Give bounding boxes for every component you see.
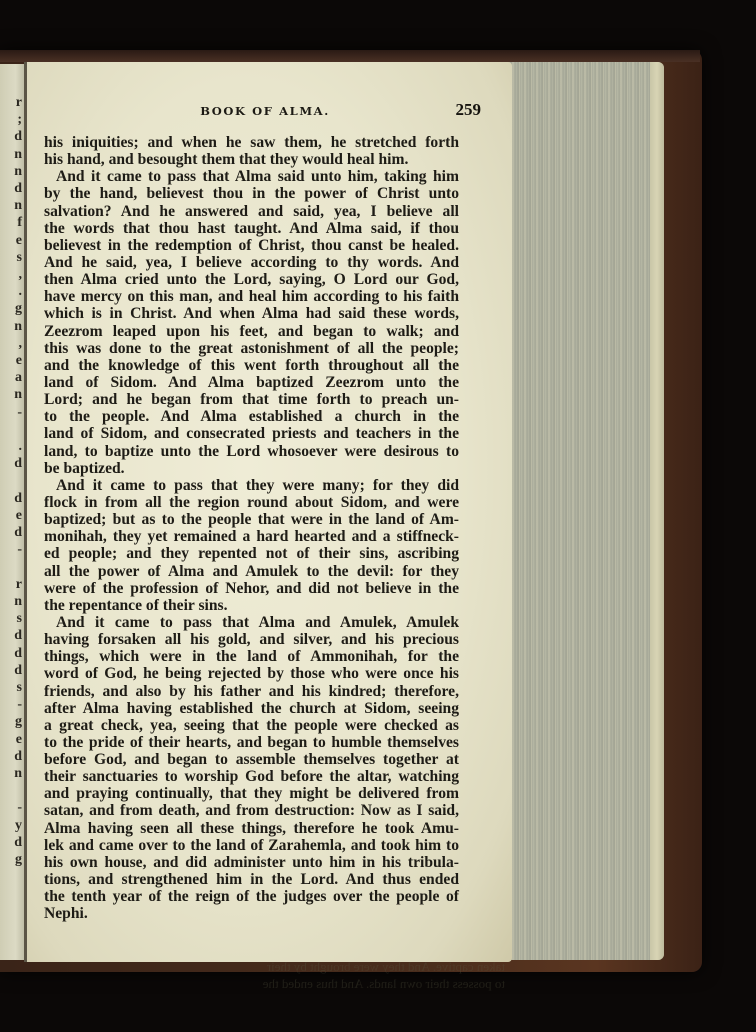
- text-line: ed people; and they repented not of thei…: [44, 545, 459, 562]
- paragraph: And it came to pass that Alma said unto …: [44, 168, 459, 477]
- running-title: BOOK OF ALMA.: [45, 104, 485, 118]
- page-edges-stack: [508, 62, 664, 960]
- paragraph: And it came to pass that they were many;…: [44, 477, 459, 614]
- page-number: 259: [456, 100, 482, 120]
- text-line: believest in the redemption of Christ, t…: [44, 237, 459, 254]
- text-line: which is in Christ. And when Alma had sa…: [44, 305, 459, 322]
- text-line: Nephi.: [44, 905, 459, 922]
- text-line: their sanctuaries to worship God before …: [44, 768, 459, 785]
- text-line: after Alma having established the church…: [44, 700, 459, 717]
- text-line: his hand, and besought them that they wo…: [44, 151, 459, 168]
- text-line: land, to baptize unto the Lord whosoever…: [44, 443, 459, 460]
- paragraph: his iniquities; and when he saw them, he…: [44, 134, 459, 168]
- text-line: by the hand, believest thou in the power…: [44, 185, 459, 202]
- text-line: to the pride of their hearts, and began …: [44, 734, 459, 751]
- text-line: Lord; and he began from that time forth …: [44, 391, 459, 408]
- text-line: to the people. And Alma established a ch…: [44, 408, 459, 425]
- text-line: And it came to pass that Alma said unto …: [44, 168, 459, 185]
- text-line: a great check, yea, seeing that the peop…: [44, 717, 459, 734]
- text-line: then Alma cried unto the Lord, saying, O…: [44, 271, 459, 288]
- text-line: things, which were in the land of Ammoni…: [44, 648, 459, 665]
- text-line: land of Sidom. And Alma baptized Zeezrom…: [44, 374, 459, 391]
- text-line: And he said, yea, I believe according to…: [44, 254, 459, 271]
- text-line: flock in from all the region round about…: [44, 494, 459, 511]
- book-page: BOOK OF ALMA. 259 his iniquities; and wh…: [27, 62, 512, 962]
- cover-top-edge: [0, 50, 700, 62]
- show-through-line: to possess their own lands. And thus end…: [263, 976, 505, 991]
- text-line: the words that thou hast taught. And Alm…: [44, 220, 459, 237]
- text-line: were of the profession of Nehor, and did…: [44, 580, 459, 597]
- show-through-line: taken captive. And they were brought by …: [267, 959, 505, 974]
- text-line: satan, and from death, and from destruct…: [44, 802, 459, 819]
- running-head: BOOK OF ALMA. 259: [45, 100, 485, 122]
- text-line: the repentance of their sins.: [44, 597, 459, 614]
- text-line: have mercy on this man, and heal him acc…: [44, 288, 459, 305]
- text-line: salvation? And he answered and said, yea…: [44, 203, 459, 220]
- text-line: lek and came over to the land of Zarahem…: [44, 837, 459, 854]
- text-line: Zeezrom leaped upon his feet, and began …: [44, 323, 459, 340]
- text-line: his iniquities; and when he saw them, he…: [44, 134, 459, 151]
- show-through-text: taken captive. And they were brought by …: [205, 958, 505, 992]
- text-line: this was done to the great astonishment …: [44, 340, 459, 357]
- previous-page-edge: r ; d n n d n f e s , . g n , e a n - . …: [0, 64, 26, 960]
- text-line: land of Sidom, and consecrated priests a…: [44, 425, 459, 442]
- text-line: word of God, he being rejected by those …: [44, 665, 459, 682]
- previous-page-letters: r ; d n n d n f e s , . g n , e a n - . …: [8, 94, 22, 868]
- text-line: And it came to pass that they were many;…: [44, 477, 459, 494]
- text-line: and praying continually, that they might…: [44, 785, 459, 802]
- text-line: be baptized.: [44, 460, 459, 477]
- text-line: and the knowledge of this went forth thr…: [44, 357, 459, 374]
- text-line: friends, and also by his father and his …: [44, 683, 459, 700]
- text-line: And it came to pass that Alma and Amulek…: [44, 614, 459, 631]
- text-line: having forsaken all his gold, and silver…: [44, 631, 459, 648]
- text-line: tions, and strengthened him in the Lord.…: [44, 871, 459, 888]
- paragraph: And it came to pass that Alma and Amulek…: [44, 614, 459, 923]
- text-line: the tenth year of the reign of the judge…: [44, 888, 459, 905]
- text-line: before God, and began to assemble themse…: [44, 751, 459, 768]
- text-line: Alma having seen all these things, there…: [44, 820, 459, 837]
- text-line: all the power of Alma and Amulek to the …: [44, 563, 459, 580]
- body-text: his iniquities; and when he saw them, he…: [44, 134, 459, 922]
- text-line: his own house, and did administer unto h…: [44, 854, 459, 871]
- text-line: monihah, they yet remained a hard hearte…: [44, 528, 459, 545]
- text-line: baptized; but as to the people that were…: [44, 511, 459, 528]
